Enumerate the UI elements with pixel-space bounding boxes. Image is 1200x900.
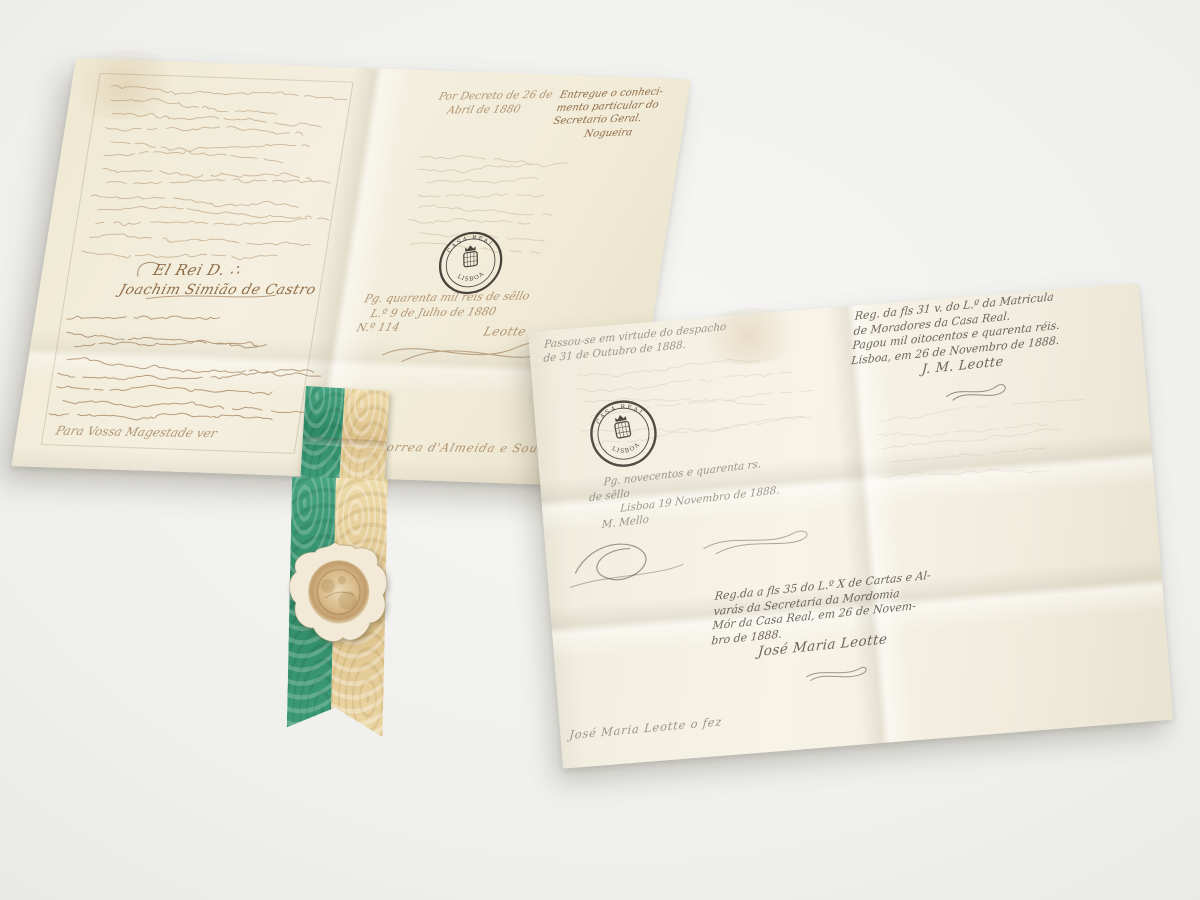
signature-flourish bbox=[697, 522, 819, 562]
matricula-note: Reg. da fls 31 v. do L.º da Matricula de… bbox=[849, 289, 1063, 386]
silk-ribbon-band bbox=[300, 386, 390, 487]
closing-line: Para Vossa Magestade ver bbox=[54, 424, 219, 441]
decree-note-line: Por Decreto de 26 de bbox=[437, 89, 554, 105]
crown-icon bbox=[465, 245, 476, 252]
show-through-script bbox=[874, 398, 1090, 493]
ribbon-green-half bbox=[300, 386, 344, 484]
delivery-note: Entregue o conheci- mento particular do … bbox=[548, 85, 664, 141]
ribbon-cream-half bbox=[339, 388, 390, 487]
decree-note-line: Abril de 1880 bbox=[445, 103, 550, 119]
photo-of-documents: El Rei D. ∴ Joachim Simião de Castro Par… bbox=[0, 0, 1200, 900]
paper-wax-seal bbox=[279, 533, 399, 656]
right-document: Passou-se em virtude do despacho de 31 d… bbox=[528, 283, 1173, 769]
registry-note: Reg.da a fls 35 do L.º X de Cartas e Al-… bbox=[709, 569, 931, 667]
decree-note: Por Decreto de 26 de Abril de 1880 bbox=[433, 89, 554, 119]
handwritten-lower-script bbox=[44, 312, 330, 438]
handwritten-body-script bbox=[77, 79, 356, 274]
paraph-flourish bbox=[802, 662, 873, 686]
maker-signature: José Maria Leotte o fez bbox=[569, 714, 723, 742]
crown-icon bbox=[615, 414, 627, 422]
royal-seal-stamp-icon: CASA REAL LISBOA bbox=[583, 393, 665, 475]
royal-seal-stamp-icon: CASA REAL LISBOA bbox=[437, 226, 505, 300]
signature-flourish bbox=[562, 522, 716, 594]
paraph-flourish bbox=[942, 379, 1013, 405]
signature-flourish bbox=[128, 256, 285, 305]
delivery-note-rubric: Nogueira bbox=[583, 125, 655, 141]
fee-note-line: Pg. quarenta mil reis de sêllo bbox=[363, 289, 532, 306]
